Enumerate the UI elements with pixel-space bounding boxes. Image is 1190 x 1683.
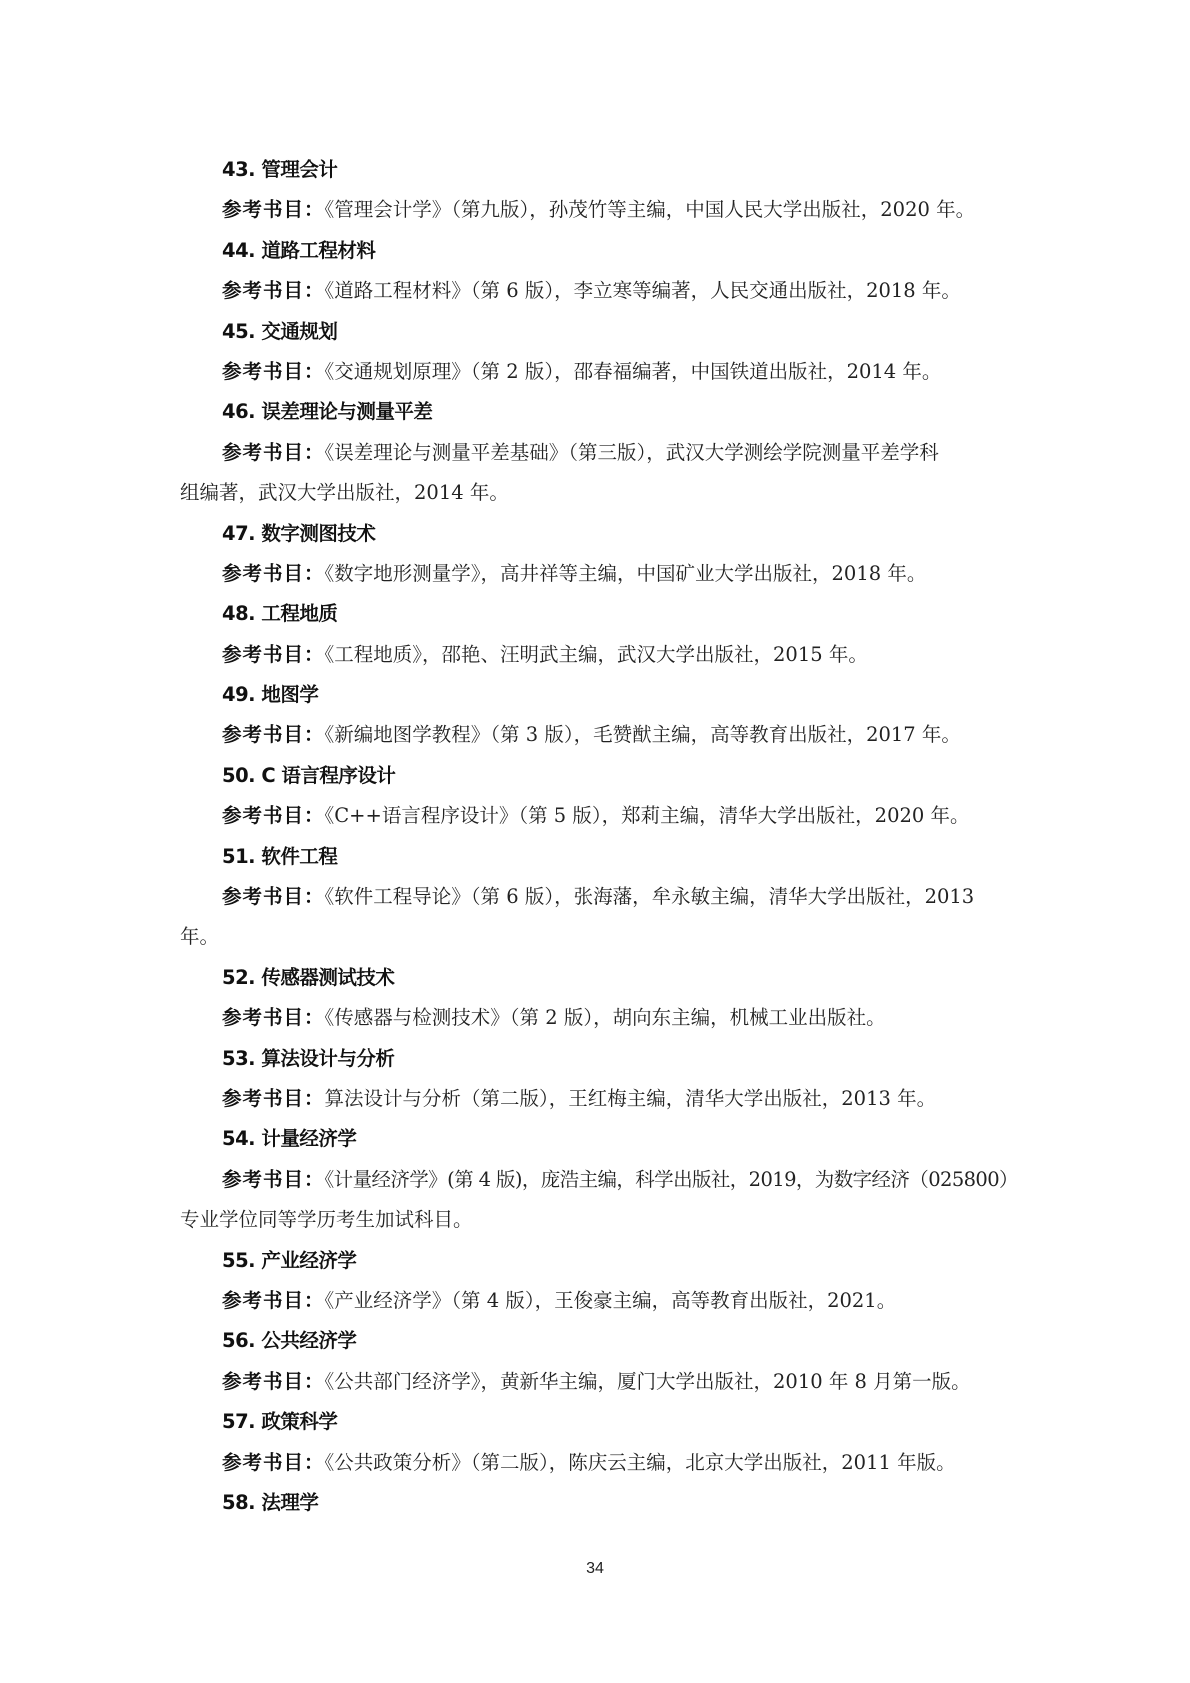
reference-line: 参考书目：《管理会计学》（第九版），孙茂竹等主编，中国人民大学出版社，2020 …	[180, 190, 1020, 230]
subject-heading: 53. 算法设计与分析	[180, 1039, 1020, 1079]
page-number: 34	[0, 1560, 1190, 1578]
reference-line: 参考书目：《数字地形测量学》，高井祥等主编，中国矿业大学出版社，2018 年。	[180, 554, 1020, 594]
reference-label: 参考书目：	[222, 643, 325, 666]
subject-heading: 48. 工程地质	[180, 594, 1020, 634]
reference-text: 《公共部门经济学》，黄新华主编，厦门大学出版社，2010 年 8 月第一版。	[325, 1370, 971, 1393]
reference-line: 参考书目：《新编地图学教程》（第 3 版），毛赞猷主编，高等教育出版社，2017…	[180, 715, 1020, 755]
reference-label: 参考书目：	[222, 1006, 325, 1029]
reference-line: 参考书目：《道路工程材料》（第 6 版），李立寒等编著，人民交通出版社，2018…	[180, 271, 1020, 311]
reference-text: 《产业经济学》（第 4 版），王俊豪主编，高等教育出版社，2021。	[325, 1289, 897, 1312]
subject-heading: 47. 数字测图技术	[180, 514, 1020, 554]
subject-heading: 51. 软件工程	[180, 837, 1020, 877]
reference-text: 《误差理论与测量平差基础》（第三版），武汉大学测绘学院测量平差学科	[325, 441, 939, 464]
reference-line: 参考书目：《误差理论与测量平差基础》（第三版），武汉大学测绘学院测量平差学科	[180, 433, 1020, 473]
reference-line: 参考书目：《产业经济学》（第 4 版），王俊豪主编，高等教育出版社，2021。	[180, 1281, 1020, 1321]
subject-heading: 57. 政策科学	[180, 1402, 1020, 1442]
reference-list: 43. 管理会计 参考书目：《管理会计学》（第九版），孙茂竹等主编，中国人民大学…	[180, 150, 1020, 1523]
reference-label: 参考书目：	[222, 1451, 325, 1474]
reference-continuation: 组编著，武汉大学出版社，2014 年。	[180, 473, 1020, 513]
reference-text: 《数字地形测量学》，高井祥等主编，中国矿业大学出版社，2018 年。	[325, 562, 927, 585]
reference-line: 参考书目：《软件工程导论》（第 6 版），张海藩，牟永敏主编，清华大学出版社，2…	[180, 877, 1020, 917]
reference-text: 《工程地质》，邵艳、汪明武主编，武汉大学出版社，2015 年。	[325, 643, 868, 666]
subject-heading: 43. 管理会计	[180, 150, 1020, 190]
subject-heading: 58. 法理学	[180, 1483, 1020, 1523]
reference-label: 参考书目：	[222, 1168, 325, 1191]
reference-label: 参考书目：	[222, 1087, 325, 1110]
reference-label: 参考书目：	[222, 1370, 325, 1393]
reference-label: 参考书目：	[222, 885, 325, 908]
subject-heading: 50. C 语言程序设计	[180, 756, 1020, 796]
subject-heading: 49. 地图学	[180, 675, 1020, 715]
reference-text: 《新编地图学教程》（第 3 版），毛赞猷主编，高等教育出版社，2017 年。	[325, 723, 961, 746]
reference-label: 参考书目：	[222, 198, 325, 221]
reference-label: 参考书目：	[222, 562, 325, 585]
reference-text: 《交通规划原理》（第 2 版），邵春福编著，中国铁道出版社，2014 年。	[325, 360, 942, 383]
reference-continuation: 专业学位同等学历考生加试科目。	[180, 1200, 1020, 1240]
reference-label: 参考书目：	[222, 360, 325, 383]
reference-label: 参考书目：	[222, 441, 325, 464]
subject-heading: 56. 公共经济学	[180, 1321, 1020, 1361]
reference-text: 《软件工程导论》（第 6 版），张海藩，牟永敏主编，清华大学出版社，2013	[325, 885, 975, 908]
subject-heading: 52. 传感器测试技术	[180, 958, 1020, 998]
reference-line: 参考书目：《工程地质》，邵艳、汪明武主编，武汉大学出版社，2015 年。	[180, 635, 1020, 675]
subject-heading: 45. 交通规划	[180, 312, 1020, 352]
reference-line: 参考书目：《交通规划原理》（第 2 版），邵春福编著，中国铁道出版社，2014 …	[180, 352, 1020, 392]
subject-heading: 44. 道路工程材料	[180, 231, 1020, 271]
reference-label: 参考书目：	[222, 1289, 325, 1312]
reference-line: 参考书目：《公共政策分析》（第二版），陈庆云主编，北京大学出版社，2011 年版…	[180, 1443, 1020, 1483]
reference-label: 参考书目：	[222, 723, 325, 746]
reference-label: 参考书目：	[222, 279, 325, 302]
reference-text: 《公共政策分析》（第二版），陈庆云主编，北京大学出版社，2011 年版。	[325, 1451, 956, 1474]
subject-heading: 46. 误差理论与测量平差	[180, 392, 1020, 432]
reference-line: 参考书目：算法设计与分析（第二版），王红梅主编，清华大学出版社，2013 年。	[180, 1079, 1020, 1119]
reference-label: 参考书目：	[222, 804, 325, 827]
reference-text: 《道路工程材料》（第 6 版），李立寒等编著，人民交通出版社，2018 年。	[325, 279, 961, 302]
reference-continuation: 年。	[180, 917, 1020, 957]
reference-text: 算法设计与分析（第二版），王红梅主编，清华大学出版社，2013 年。	[325, 1087, 937, 1110]
reference-text: 《传感器与检测技术》（第 2 版），胡向东主编，机械工业出版社。	[325, 1006, 886, 1029]
reference-line: 参考书目：《传感器与检测技术》（第 2 版），胡向东主编，机械工业出版社。	[180, 998, 1020, 1038]
reference-text: 《计量经济学》(第 4 版)，庞浩主编，科学出版社，2019，为数字经济（025…	[325, 1168, 1018, 1191]
reference-line: 参考书目：《公共部门经济学》，黄新华主编，厦门大学出版社，2010 年 8 月第…	[180, 1362, 1020, 1402]
reference-line: 参考书目：《计量经济学》(第 4 版)，庞浩主编，科学出版社，2019，为数字经…	[180, 1160, 1020, 1200]
document-page: 43. 管理会计 参考书目：《管理会计学》（第九版），孙茂竹等主编，中国人民大学…	[0, 0, 1190, 1683]
subject-heading: 55. 产业经济学	[180, 1241, 1020, 1281]
subject-heading: 54. 计量经济学	[180, 1119, 1020, 1159]
reference-text: 《C++语言程序设计》（第 5 版），郑莉主编，清华大学出版社，2020 年。	[325, 804, 970, 827]
reference-text: 《管理会计学》（第九版），孙茂竹等主编，中国人民大学出版社，2020 年。	[325, 198, 976, 221]
reference-line: 参考书目：《C++语言程序设计》（第 5 版），郑莉主编，清华大学出版社，202…	[180, 796, 1020, 836]
